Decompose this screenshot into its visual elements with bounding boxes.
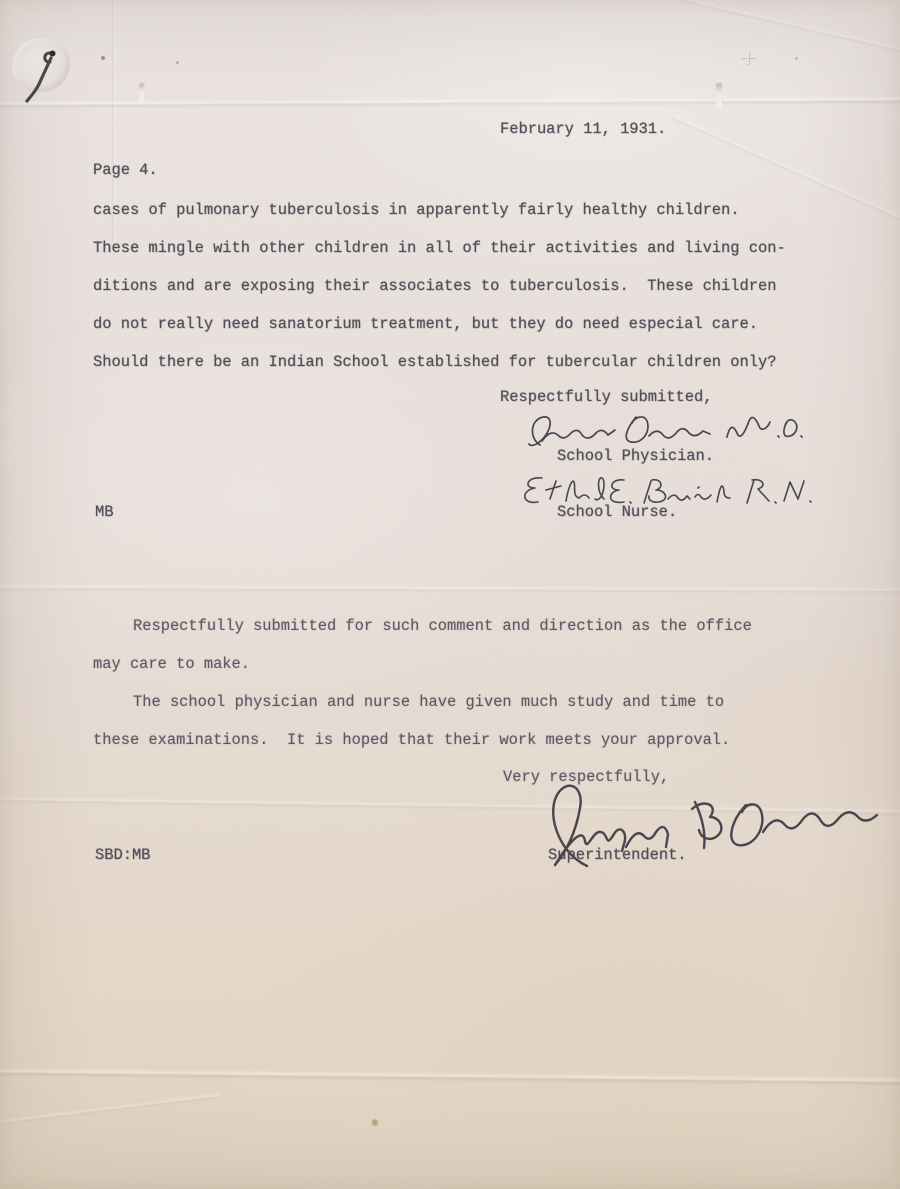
school-physician-title: School Physician.	[557, 447, 714, 466]
stain-spot	[372, 1119, 378, 1126]
pin-dent-mark	[7, 33, 75, 98]
paragraph-line: ditions and are exposing their associate…	[93, 267, 786, 305]
scanned-letter-page: { "document": { "date_line": "February 1…	[0, 0, 900, 1189]
superintendent-title: Superintendent.	[548, 846, 687, 865]
body-paragraph-1: cases of pulmonary tuberculosis in appar…	[93, 191, 786, 381]
paragraph-line: do not really need sanatorium treatment,…	[93, 305, 786, 343]
ink-speck	[176, 61, 179, 64]
paragraph-line: These mingle with other children in all …	[93, 229, 786, 267]
reference-initials: SBD:MB	[95, 846, 150, 865]
staple-slit-left	[139, 84, 145, 101]
crease-bottom-left	[0, 1092, 219, 1131]
school-nurse-title: School Nurse.	[557, 503, 677, 522]
fold-crease-bottom	[0, 1067, 900, 1086]
paragraph-line: The school physician and nurse have give…	[93, 683, 752, 721]
paragraph-line: may care to make.	[93, 645, 752, 683]
staple-slit-right	[716, 84, 722, 106]
paragraph-line: Respectfully submitted for such comment …	[93, 607, 752, 645]
paragraph-line: these examinations. It is hoped that the…	[93, 721, 752, 759]
crease-middle	[0, 583, 900, 594]
ink-speck	[795, 57, 798, 60]
crease-lower	[0, 796, 900, 817]
page-number-label: Page 4.	[93, 161, 158, 180]
body-paragraph-2: Respectfully submitted for such comment …	[93, 607, 752, 759]
fold-crease-top	[0, 96, 900, 110]
ink-speck	[101, 56, 105, 60]
plus-mark-vertical	[747, 50, 749, 64]
salutation-respectfully-submitted: Respectfully submitted,	[500, 388, 712, 407]
paragraph-line: Should there be an Indian School establi…	[93, 343, 786, 381]
date-line: February 11, 1931.	[500, 120, 666, 139]
typist-initials: MB	[95, 503, 113, 522]
salutation-very-respectfully: Very respectfully,	[503, 768, 669, 787]
paragraph-line: cases of pulmonary tuberculosis in appar…	[93, 191, 786, 229]
